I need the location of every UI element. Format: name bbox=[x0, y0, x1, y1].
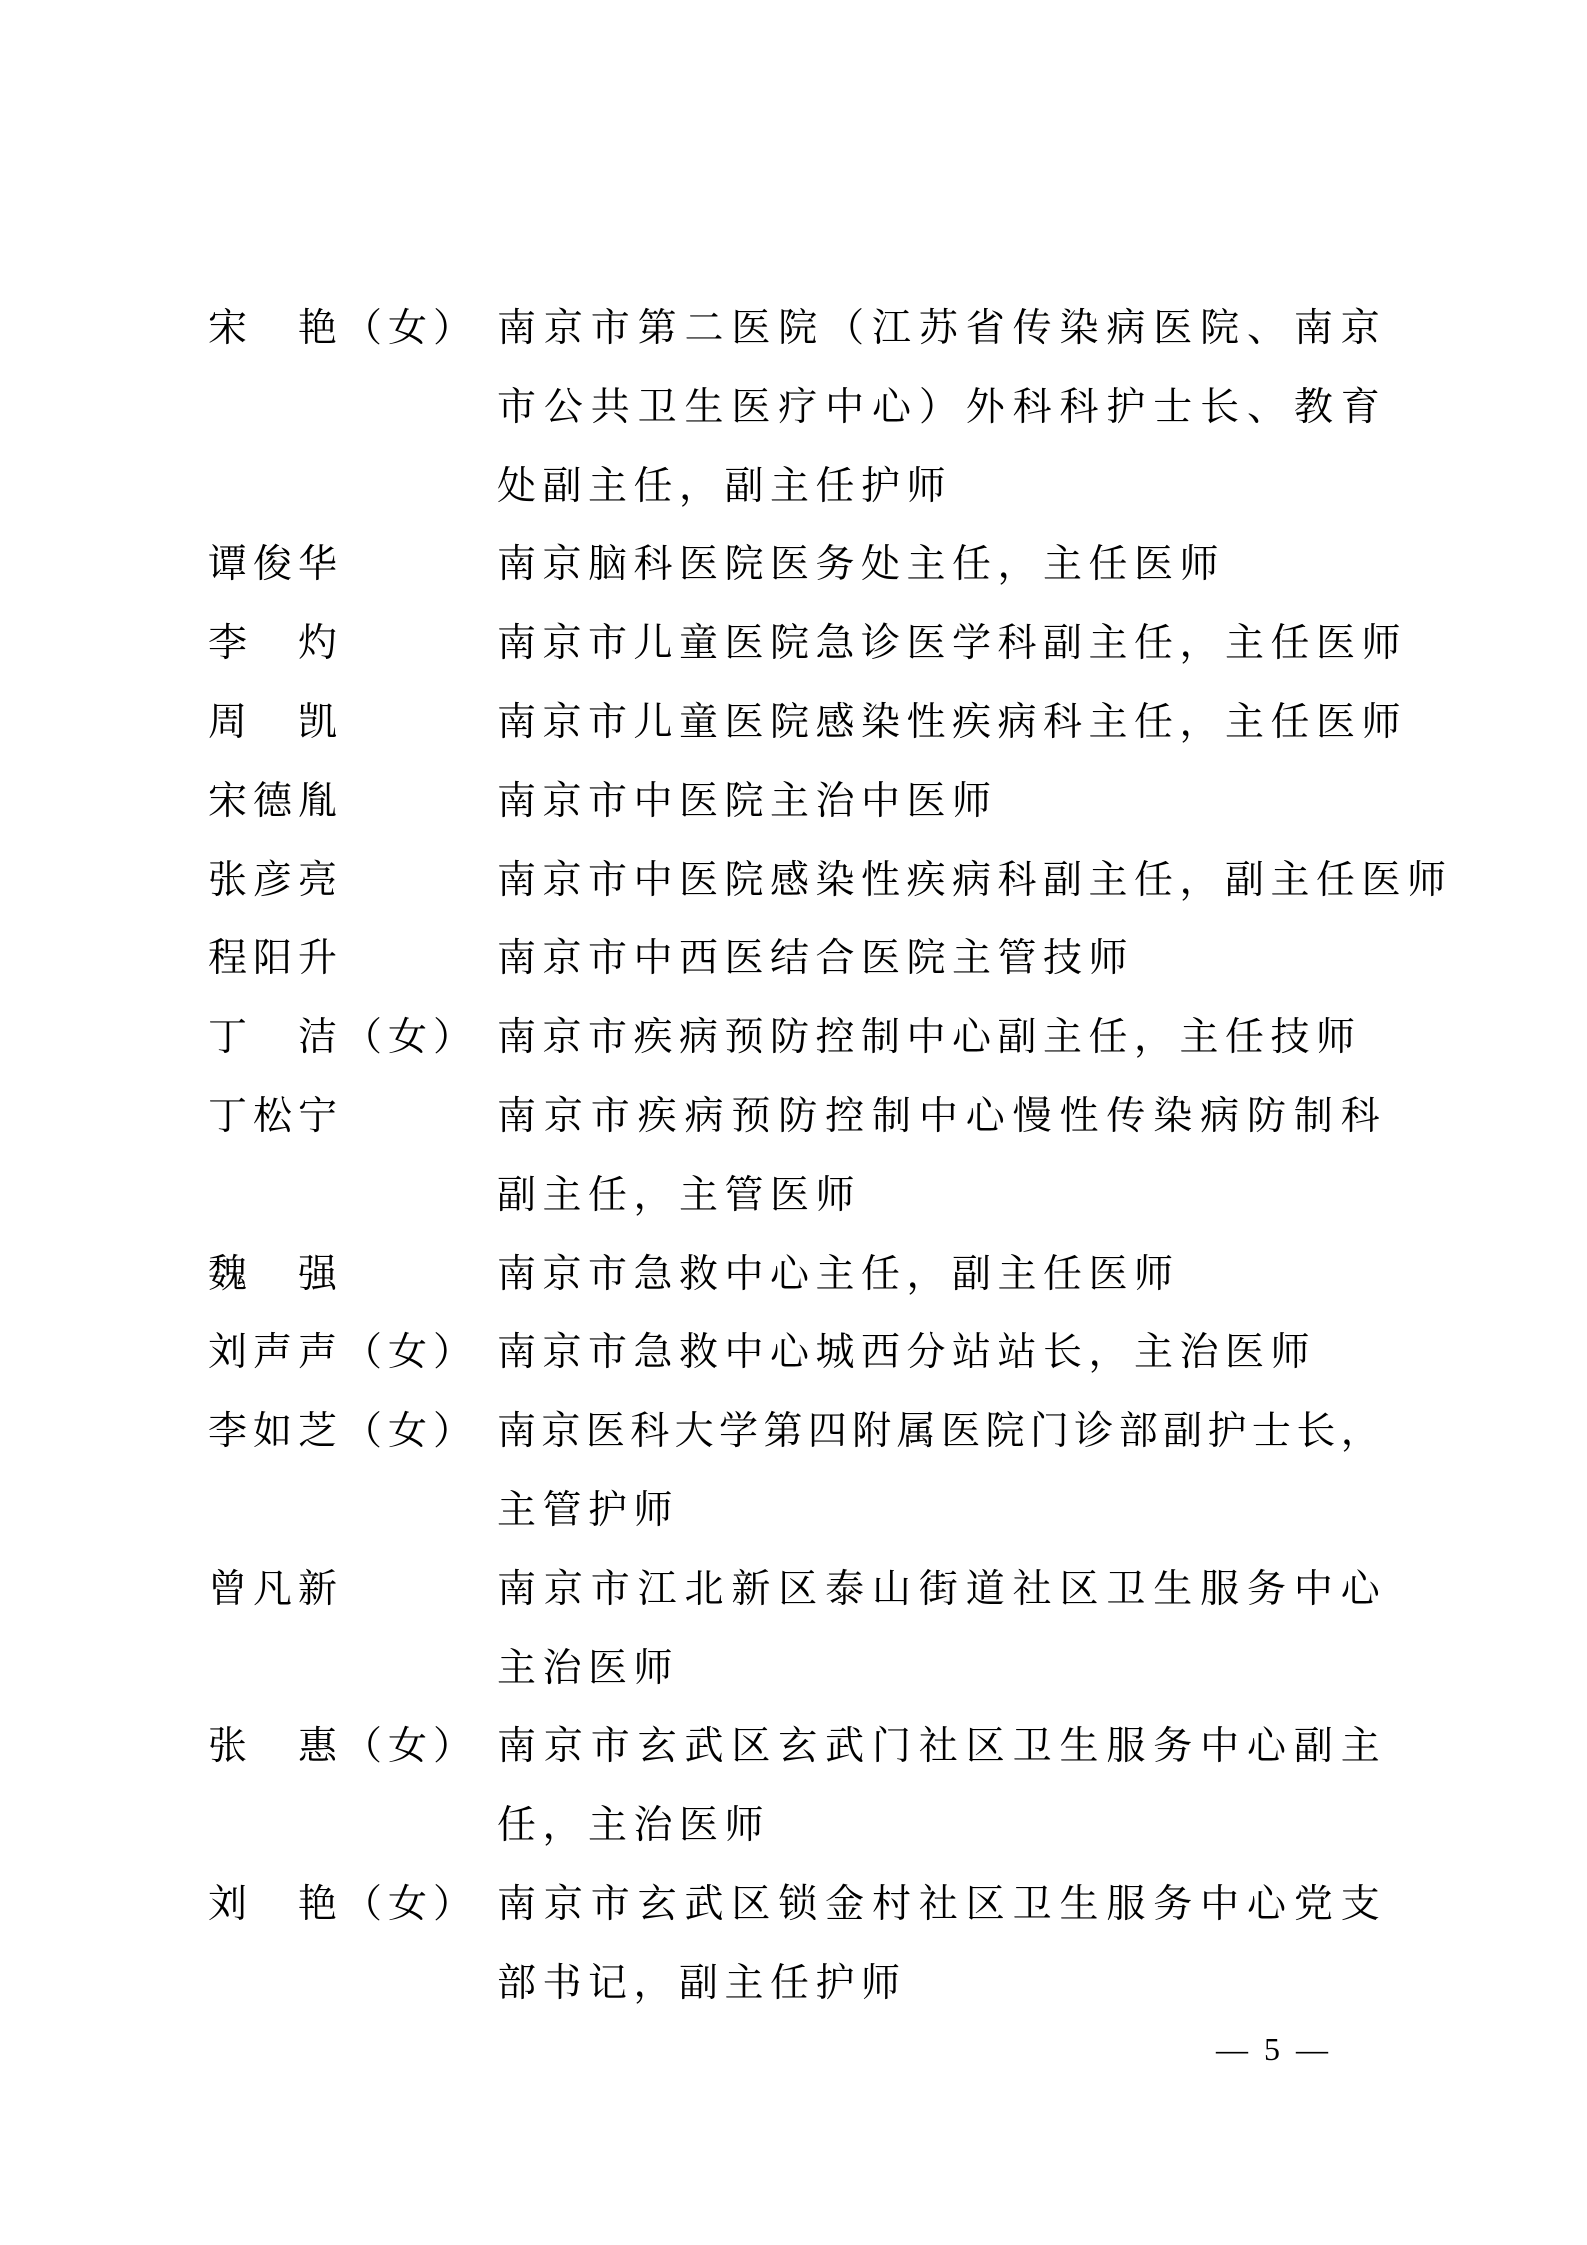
position-description: 南京市中医院感染性疾病科副主任，副主任医师 bbox=[497, 842, 1380, 921]
position-description: 南京市急救中心主任，副主任医师 bbox=[497, 1236, 1380, 1315]
description-line: 主治医师 bbox=[497, 1630, 1380, 1709]
position-description: 南京市第二医院（江苏省传染病医院、南京市公共卫生医疗中心）外科科护士长、教育处副… bbox=[497, 290, 1380, 526]
description-line: 南京市儿童医院急诊医学科副主任，主任医师 bbox=[497, 605, 1380, 684]
description-line: 处副主任，副主任护师 bbox=[497, 448, 1380, 527]
list-item: 张彦亮南京市中医院感染性疾病科副主任，副主任医师 bbox=[208, 842, 1380, 921]
description-line: 南京市中西医结合医院主管技师 bbox=[497, 920, 1380, 999]
list-item: 宋 艳（女）南京市第二医院（江苏省传染病医院、南京市公共卫生医疗中心）外科科护士… bbox=[208, 290, 1380, 526]
person-name: 魏 强 bbox=[208, 1236, 497, 1315]
position-description: 南京市中西医结合医院主管技师 bbox=[497, 920, 1380, 999]
list-item: 程阳升南京市中西医结合医院主管技师 bbox=[208, 920, 1380, 999]
description-line: 南京市儿童医院感染性疾病科主任，主任医师 bbox=[497, 684, 1380, 763]
description-line: 南京市玄武区锁金村社区卫生服务中心党支 bbox=[497, 1866, 1380, 1945]
list-item: 丁 洁（女）南京市疾病预防控制中心副主任，主任技师 bbox=[208, 999, 1380, 1078]
position-description: 南京市急救中心城西分站站长，主治医师 bbox=[497, 1314, 1380, 1393]
description-line: 南京市疾病预防控制中心慢性传染病防制科 bbox=[497, 1078, 1380, 1157]
person-name: 程阳升 bbox=[208, 920, 497, 999]
description-line: 南京市急救中心城西分站站长，主治医师 bbox=[497, 1314, 1380, 1393]
person-name: 谭俊华 bbox=[208, 526, 497, 605]
list-item: 魏 强南京市急救中心主任，副主任医师 bbox=[208, 1236, 1380, 1315]
list-item: 刘声声（女）南京市急救中心城西分站站长，主治医师 bbox=[208, 1314, 1380, 1393]
position-description: 南京市儿童医院急诊医学科副主任，主任医师 bbox=[497, 605, 1380, 684]
person-name: 周 凯 bbox=[208, 684, 497, 763]
description-line: 副主任，主管医师 bbox=[497, 1157, 1380, 1236]
position-description: 南京市疾病预防控制中心副主任，主任技师 bbox=[497, 999, 1380, 1078]
position-description: 南京市玄武区玄武门社区卫生服务中心副主任，主治医师 bbox=[497, 1708, 1380, 1866]
page-number: — 5 — bbox=[1197, 2026, 1347, 2072]
person-name: 宋 艳（女） bbox=[208, 290, 497, 369]
description-line: 南京医科大学第四附属医院门诊部副护士长， bbox=[497, 1393, 1380, 1472]
list-item: 丁松宁南京市疾病预防控制中心慢性传染病防制科副主任，主管医师 bbox=[208, 1078, 1380, 1236]
person-name: 宋德胤 bbox=[208, 763, 497, 842]
position-description: 南京市儿童医院感染性疾病科主任，主任医师 bbox=[497, 684, 1380, 763]
list-item: 谭俊华南京脑科医院医务处主任，主任医师 bbox=[208, 526, 1380, 605]
person-name: 刘声声（女） bbox=[208, 1314, 497, 1393]
list-item: 刘 艳（女）南京市玄武区锁金村社区卫生服务中心党支部书记，副主任护师 bbox=[208, 1866, 1380, 2024]
person-name: 丁松宁 bbox=[208, 1078, 497, 1157]
list-item: 张 惠（女）南京市玄武区玄武门社区卫生服务中心副主任，主治医师 bbox=[208, 1708, 1380, 1866]
description-line: 南京市疾病预防控制中心副主任，主任技师 bbox=[497, 999, 1380, 1078]
list-item: 李 灼南京市儿童医院急诊医学科副主任，主任医师 bbox=[208, 605, 1380, 684]
position-description: 南京市江北新区泰山街道社区卫生服务中心主治医师 bbox=[497, 1551, 1380, 1709]
list-item: 李如芝（女）南京医科大学第四附属医院门诊部副护士长，主管护师 bbox=[208, 1393, 1380, 1551]
description-line: 市公共卫生医疗中心）外科科护士长、教育 bbox=[497, 369, 1380, 448]
honoree-list: 宋 艳（女）南京市第二医院（江苏省传染病医院、南京市公共卫生医疗中心）外科科护士… bbox=[208, 290, 1380, 2024]
position-description: 南京市玄武区锁金村社区卫生服务中心党支部书记，副主任护师 bbox=[497, 1866, 1380, 2024]
person-name: 张彦亮 bbox=[208, 842, 497, 921]
list-item: 宋德胤南京市中医院主治中医师 bbox=[208, 763, 1380, 842]
person-name: 李 灼 bbox=[208, 605, 497, 684]
description-line: 主管护师 bbox=[497, 1472, 1380, 1551]
position-description: 南京市中医院主治中医师 bbox=[497, 763, 1380, 842]
list-item: 曾凡新南京市江北新区泰山街道社区卫生服务中心主治医师 bbox=[208, 1551, 1380, 1709]
description-line: 任，主治医师 bbox=[497, 1787, 1380, 1866]
description-line: 南京脑科医院医务处主任，主任医师 bbox=[497, 526, 1380, 605]
position-description: 南京市疾病预防控制中心慢性传染病防制科副主任，主管医师 bbox=[497, 1078, 1380, 1236]
description-line: 南京市中医院主治中医师 bbox=[497, 763, 1380, 842]
person-name: 张 惠（女） bbox=[208, 1708, 497, 1787]
person-name: 刘 艳（女） bbox=[208, 1866, 497, 1945]
description-line: 南京市中医院感染性疾病科副主任，副主任医师 bbox=[497, 842, 1380, 921]
description-line: 南京市急救中心主任，副主任医师 bbox=[497, 1236, 1380, 1315]
description-line: 南京市玄武区玄武门社区卫生服务中心副主 bbox=[497, 1708, 1380, 1787]
description-line: 南京市第二医院（江苏省传染病医院、南京 bbox=[497, 290, 1380, 369]
description-line: 部书记，副主任护师 bbox=[497, 1945, 1380, 2024]
list-item: 周 凯南京市儿童医院感染性疾病科主任，主任医师 bbox=[208, 684, 1380, 763]
person-name: 曾凡新 bbox=[208, 1551, 497, 1630]
description-line: 南京市江北新区泰山街道社区卫生服务中心 bbox=[497, 1551, 1380, 1630]
document-page: 宋 艳（女）南京市第二医院（江苏省传染病医院、南京市公共卫生医疗中心）外科科护士… bbox=[0, 0, 1587, 2245]
position-description: 南京医科大学第四附属医院门诊部副护士长，主管护师 bbox=[497, 1393, 1380, 1551]
position-description: 南京脑科医院医务处主任，主任医师 bbox=[497, 526, 1380, 605]
person-name: 丁 洁（女） bbox=[208, 999, 497, 1078]
person-name: 李如芝（女） bbox=[208, 1393, 497, 1472]
